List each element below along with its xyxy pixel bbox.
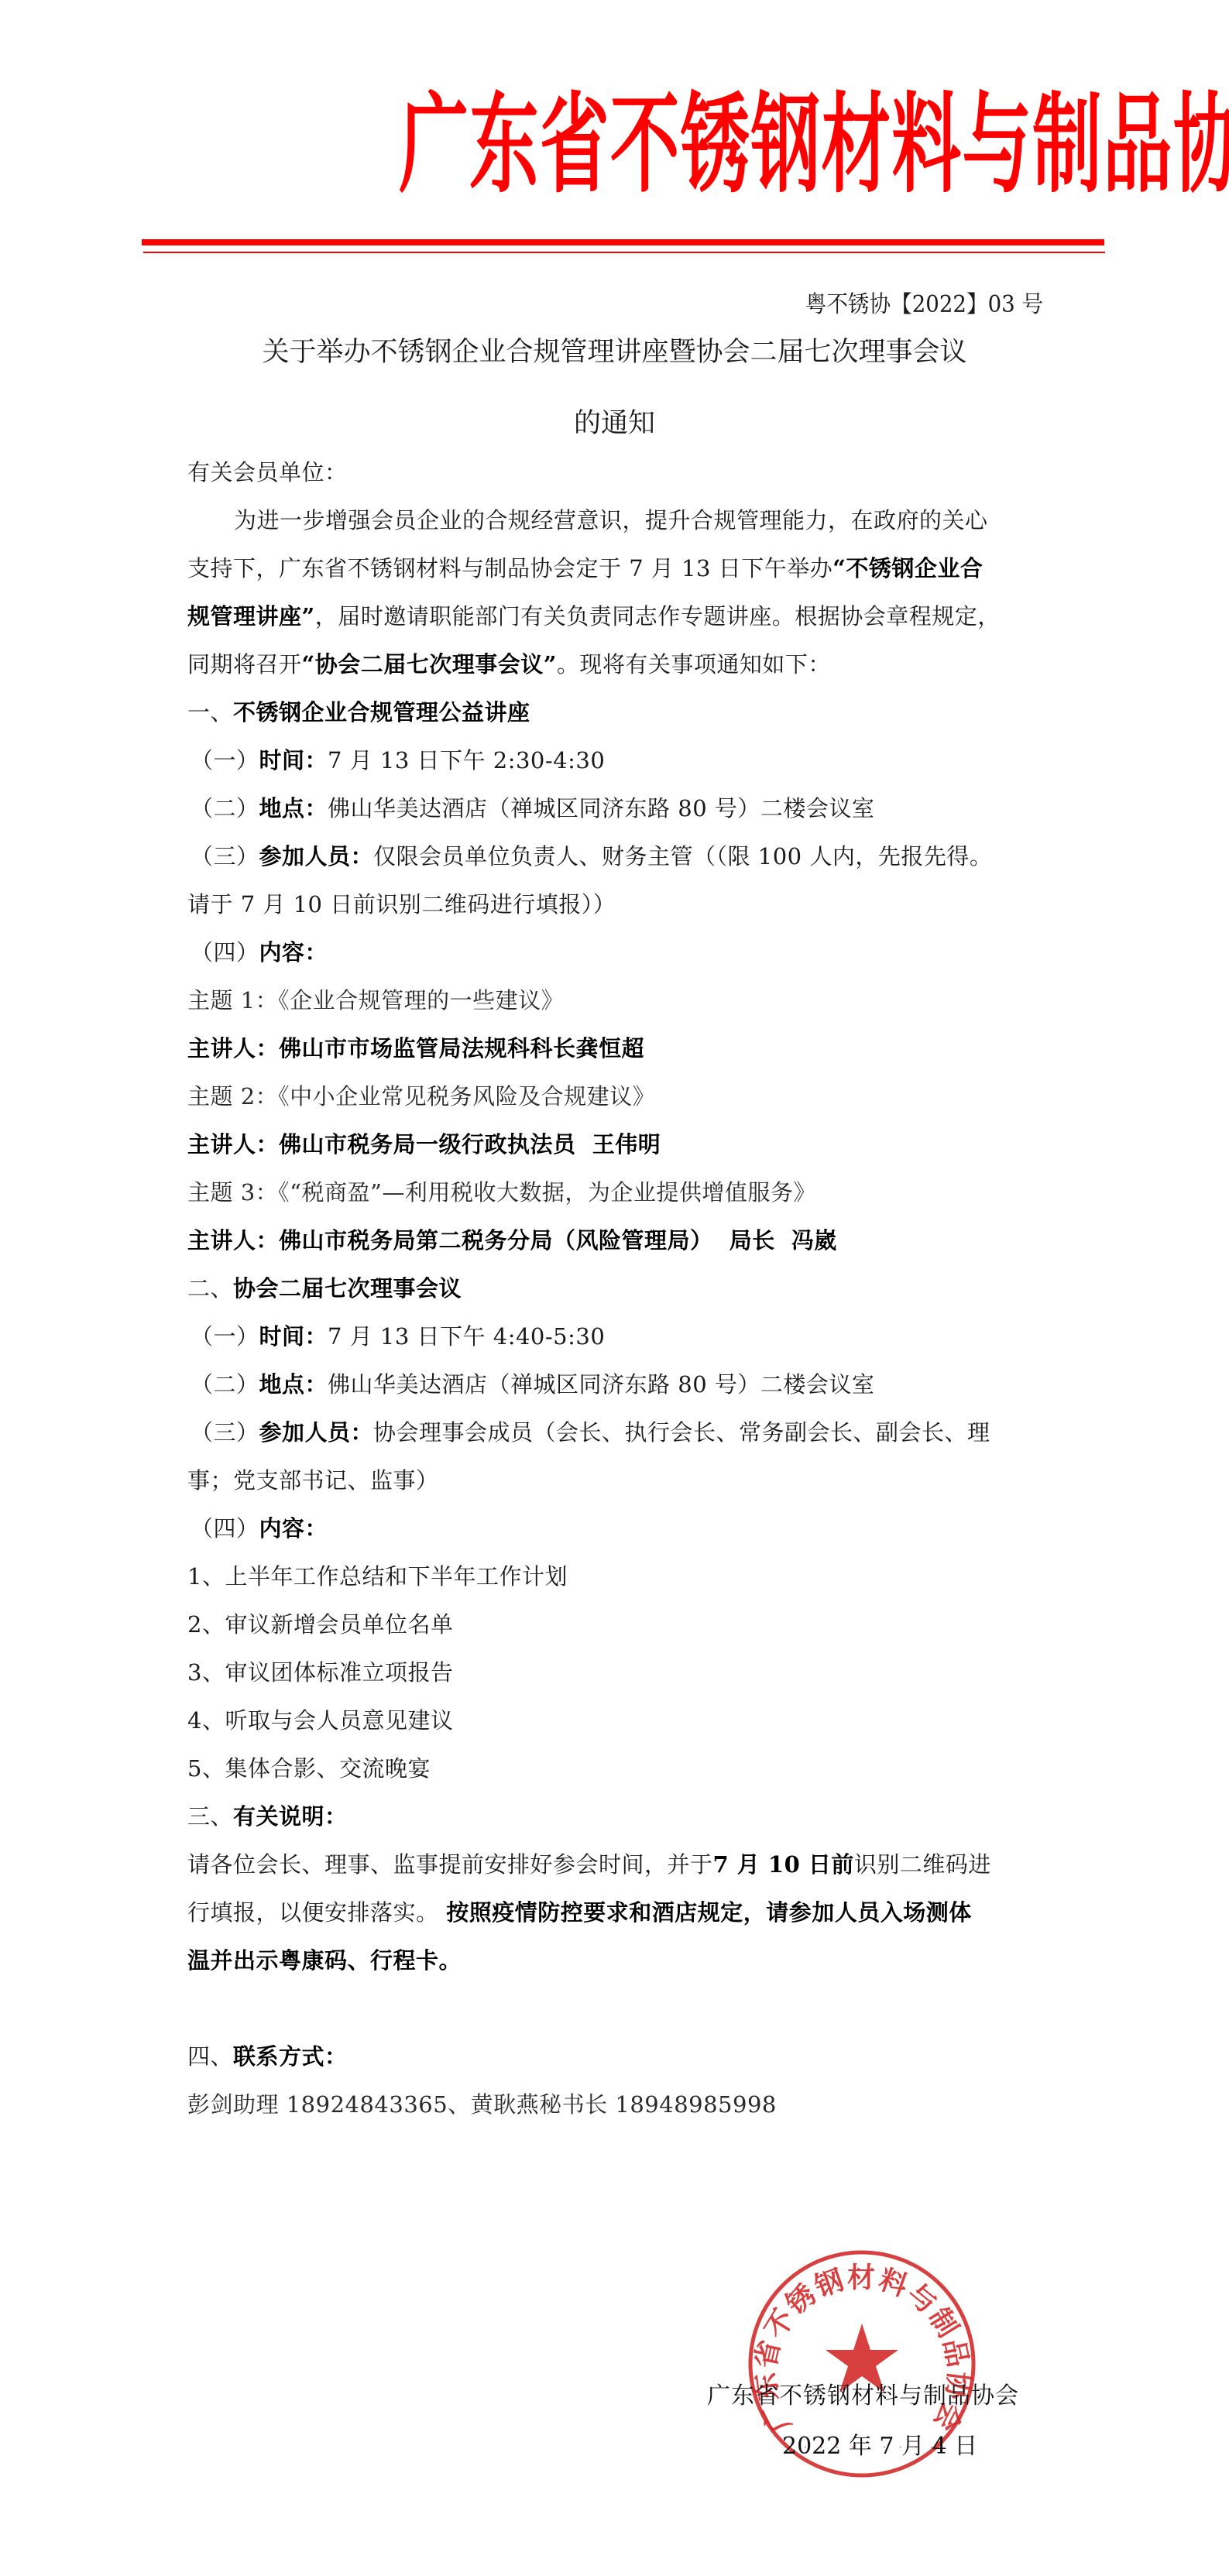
item-value: 佛山华美达酒店（禅城区同济东路 80 号）二楼会议室 xyxy=(328,795,874,822)
item-label: 地点： xyxy=(259,795,328,822)
item-value: 佛山华美达酒店（禅城区同济东路 80 号）二楼会议室 xyxy=(328,1371,874,1398)
topic-1: 主题 1：《企业合规管理的一些建议》 xyxy=(187,983,1047,1017)
item-label: 参加人员： xyxy=(259,843,374,870)
section-2-time: （一）时间：7 月 13 日下午 4:40-5:30 xyxy=(187,1319,1050,1353)
section-2-heading: 二、协会二届七次理事会议 xyxy=(187,1271,1047,1305)
item-number: （一） xyxy=(191,747,259,773)
item-number: （三） xyxy=(191,1419,259,1446)
speaker-name: 佛山市税务局一级行政执法员 王伟明 xyxy=(279,1131,661,1158)
section-1-heading: 一、不锈钢企业合规管理公益讲座 xyxy=(187,695,1047,729)
signature-date: 2022 年 7 月 4 日 xyxy=(782,2431,977,2462)
salutation: 有关会员单位： xyxy=(187,455,1047,489)
section-2-attendees-cont: 事；党支部书记、监事） xyxy=(187,1463,1047,1497)
intro-line-4: 同期将召开“协会二届七次理事会议”。现将有关事项通知如下： xyxy=(187,647,1047,681)
agenda-item: 2、审议新增会员单位名单 xyxy=(187,1607,1047,1641)
letterhead-title: 广东省不锈钢材料与制品协会 xyxy=(142,84,1105,208)
heading-text: 联系方式： xyxy=(233,2043,348,2070)
section-3-heading: 三、有关说明： xyxy=(187,1799,1047,1833)
speaker-label: 主讲人： xyxy=(187,1227,279,1254)
letterhead-thick-rule xyxy=(142,239,1104,245)
section-1-place: （二）地点：佛山华美达酒店（禅城区同济东路 80 号）二楼会议室 xyxy=(187,791,1050,825)
section-2-content: （四）内容： xyxy=(187,1511,1050,1545)
note-text: 请各位会长、理事、监事提前安排好参会时间，并于 xyxy=(187,1851,713,1878)
item-number: （二） xyxy=(191,795,259,822)
intro-line-3: 规管理讲座”，届时邀请职能部门有关负责同志作专题讲座。根据协会章程规定， xyxy=(187,599,1047,633)
agenda-item: 4、听取与会人员意见建议 xyxy=(187,1703,1047,1737)
intro-line-2: 支持下，广东省不锈钢材料与制品协会定于 7 月 13 日下午举办“不锈钢企业合 xyxy=(187,551,1047,585)
section-2-attendees: （三）参加人员：协会理事会成员（会长、执行会长、常务副会长、副会长、理 xyxy=(187,1415,1050,1449)
item-number: （一） xyxy=(191,1323,259,1350)
item-label: 内容： xyxy=(259,1515,328,1542)
section-3-line-1: 请各位会长、理事、监事提前安排好参会时间，并于7 月 10 日前识别二维码进 xyxy=(187,1847,1047,1881)
note-text: 识别二维码进 xyxy=(854,1851,991,1878)
letterhead-thin-rule xyxy=(143,252,1105,253)
heading-number: 三、 xyxy=(187,1803,233,1830)
speaker-label: 主讲人： xyxy=(187,1131,279,1158)
heading-number: 一、 xyxy=(187,699,233,725)
speaker-3: 主讲人：佛山市税务局第二税务分局（风险管理局） 局长 冯崴 xyxy=(187,1223,1047,1257)
section-1-attendees: （三）参加人员：仅限会员单位负责人、财务主管（（限 100 人内，先报先得。 xyxy=(187,839,1050,873)
heading-text: 协会二届七次理事会议 xyxy=(233,1275,462,1302)
heading-number: 四、 xyxy=(187,2043,233,2070)
speaker-name: 佛山市市场监管局法规科科长龚恒超 xyxy=(279,1035,644,1062)
speaker-label: 主讲人： xyxy=(187,1035,279,1062)
item-value: 7 月 13 日下午 4:40-5:30 xyxy=(328,1323,605,1350)
intro-text: 支持下，广东省不锈钢材料与制品协会定于 7 月 13 日下午举办 xyxy=(187,555,832,581)
item-value: 7 月 13 日下午 2:30-4:30 xyxy=(328,747,605,773)
item-label: 时间： xyxy=(259,747,328,773)
topic-3: 主题 3：《“税商盈”—利用税收大数据，为企业提供增值服务》 xyxy=(187,1175,1047,1209)
speaker-name: 佛山市税务局第二税务分局（风险管理局） 局长 冯崴 xyxy=(279,1227,837,1254)
agenda-item: 1、上半年工作总结和下半年工作计划 xyxy=(187,1559,1047,1593)
topic-2: 主题 2：《中小企业常见税务风险及合规建议》 xyxy=(187,1079,1047,1113)
item-value: 协会理事会成员（会长、执行会长、常务副会长、副会长、理 xyxy=(373,1419,990,1446)
document-title-line-1: 关于举办不锈钢企业合规管理讲座暨协会二届七次理事会议 xyxy=(0,333,1229,372)
signature-org: 广东省不锈钢材料与制品协会 xyxy=(707,2381,1019,2412)
covid-notice-bold: 按照疫情防控要求和酒店规定，请参加人员入场测体 xyxy=(446,1899,972,1926)
speaker-1: 主讲人：佛山市市场监管局法规科科长龚恒超 xyxy=(187,1031,1047,1065)
item-number: （二） xyxy=(191,1371,259,1398)
intro-line-1: 为进一步增强会员企业的合规经营意识，提升合规管理能力，在政府的关心 xyxy=(187,503,1093,537)
document-number: 粤不锈协【2022】03 号 xyxy=(805,288,1043,322)
section-3-line-2: 行填报，以便安排落实。 按照疫情防控要求和酒店规定，请参加人员入场测体 xyxy=(187,1895,1047,1929)
heading-text: 有关说明： xyxy=(233,1803,348,1830)
contact-info: 彭剑助理 18924843365、黄耿燕秘书长 18948985998 xyxy=(187,2087,1047,2122)
section-2-place: （二）地点：佛山华美达酒店（禅城区同济东路 80 号）二楼会议室 xyxy=(187,1367,1050,1401)
note-text: 行填报，以便安排落实。 xyxy=(187,1899,439,1926)
event-name-bold: 规管理讲座” xyxy=(187,603,315,629)
event-name-bold: “不锈钢企业合 xyxy=(832,555,983,581)
meeting-name-bold: “协会二届七次理事会议” xyxy=(302,651,557,677)
speaker-2: 主讲人：佛山市税务局一级行政执法员 王伟明 xyxy=(187,1127,1047,1161)
item-label: 时间： xyxy=(259,1323,328,1350)
section-1-time: （一）时间：7 月 13 日下午 2:30-4:30 xyxy=(187,743,1050,777)
item-value: 仅限会员单位负责人、财务主管（（限 100 人内，先报先得。 xyxy=(373,843,992,870)
letterhead-org-name: 广东省不锈钢材料与制品协会 xyxy=(399,84,1229,208)
section-1-attendees-cont: 请于 7 月 10 日前识别二维码进行填报）） xyxy=(187,887,1047,921)
intro-text: 。现将有关事项通知如下： xyxy=(557,651,831,677)
intro-text: 同期将召开 xyxy=(187,651,302,677)
intro-text: ，届时邀请职能部门有关负责同志作专题讲座。根据协会章程规定， xyxy=(315,603,1001,629)
heading-text: 不锈钢企业合规管理公益讲座 xyxy=(233,699,530,725)
item-number: （四） xyxy=(191,939,259,966)
section-3-line-3: 温并出示粤康码、行程卡。 xyxy=(187,1943,1047,1977)
item-label: 内容： xyxy=(259,939,328,966)
agenda-item: 3、审议团体标准立项报告 xyxy=(187,1655,1047,1689)
agenda-item: 5、集体合影、交流晚宴 xyxy=(187,1751,1047,1785)
section-1-content: （四）内容： xyxy=(187,935,1050,969)
item-number: （三） xyxy=(191,843,259,870)
section-4-heading: 四、联系方式： xyxy=(187,2039,1047,2073)
covid-notice-bold: 温并出示粤康码、行程卡。 xyxy=(187,1947,462,1974)
item-label: 地点： xyxy=(259,1371,328,1398)
deadline-bold: 7 月 10 日前 xyxy=(713,1851,854,1878)
document-title-line-2: 的通知 xyxy=(0,404,1229,443)
item-number: （四） xyxy=(191,1515,259,1542)
item-label: 参加人员： xyxy=(259,1419,374,1446)
heading-number: 二、 xyxy=(187,1275,233,1302)
